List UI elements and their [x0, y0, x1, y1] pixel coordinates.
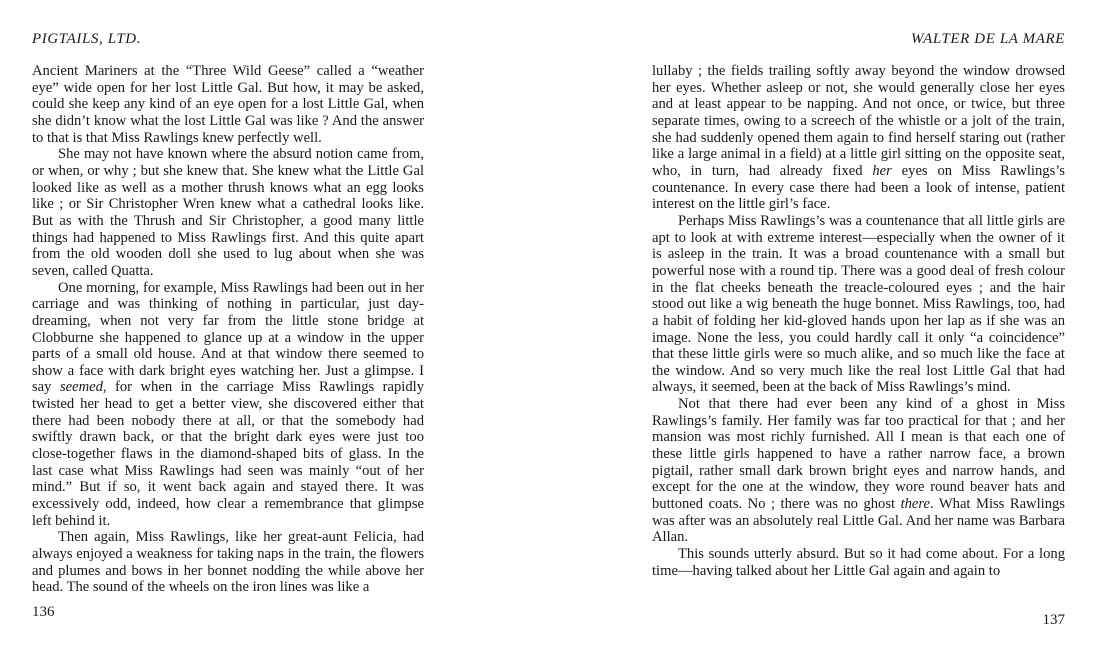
text-segment: One morning, for example, Miss Rawlings …: [32, 280, 424, 396]
text-segment: Perhaps Miss Rawlings’s was a countenanc…: [652, 213, 1065, 396]
text-segment: Then again, Miss Rawlings, like her grea…: [32, 529, 424, 595]
paragraph: She may not have known where the absurd …: [32, 146, 424, 279]
paragraph: One morning, for example, Miss Rawlings …: [32, 280, 424, 530]
text-segment: She may not have known where the absurd …: [32, 146, 424, 279]
text-segment: Ancient Mariners at the “Three Wild Gees…: [32, 63, 424, 146]
italic-emphasis: seemed: [60, 379, 103, 395]
left-page: PIGTAILS, LTD. Ancient Mariners at the “…: [32, 0, 424, 659]
running-head-title: PIGTAILS, LTD.: [32, 31, 141, 48]
body-text: Ancient Mariners at the “Three Wild Gees…: [32, 63, 424, 596]
italic-emphasis: her: [872, 163, 891, 179]
text-segment: lullaby ; the fields trailing softly awa…: [652, 63, 1065, 179]
paragraph: This sounds utterly absurd. But so it ha…: [652, 546, 1065, 579]
running-head-author: WALTER DE LA MARE: [911, 31, 1065, 48]
text-segment: Not that there had ever been any kind of…: [652, 396, 1065, 512]
page-number: 136: [32, 604, 55, 621]
paragraph: Not that there had ever been any kind of…: [652, 396, 1065, 546]
text-segment: , for when in the carriage Miss Rawlings…: [32, 379, 424, 528]
italic-emphasis: there: [901, 496, 930, 512]
paragraph: lullaby ; the fields trailing softly awa…: [652, 63, 1065, 213]
text-segment: This sounds utterly absurd. But so it ha…: [652, 546, 1065, 579]
right-page: WALTER DE LA MARE lullaby ; the fields t…: [652, 0, 1065, 659]
paragraph: Perhaps Miss Rawlings’s was a countenanc…: [652, 213, 1065, 396]
page-number: 137: [1043, 612, 1066, 629]
body-text: lullaby ; the fields trailing softly awa…: [652, 63, 1065, 579]
paragraph: Ancient Mariners at the “Three Wild Gees…: [32, 63, 424, 146]
paragraph: Then again, Miss Rawlings, like her grea…: [32, 529, 424, 596]
